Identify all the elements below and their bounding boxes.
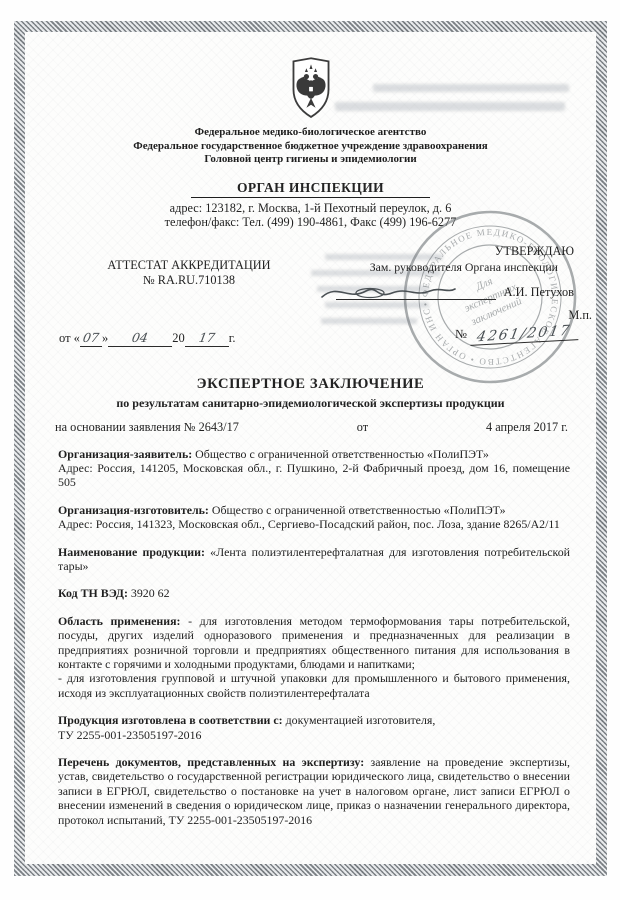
date-prefix: от « — [59, 331, 80, 345]
basis-line: на основании заявления № 2643/17 от 4 ап… — [25, 420, 596, 435]
paragraph-documents-list: Перечень документов, представленных на э… — [58, 755, 570, 827]
agency-line-2: Федеральное государственное бюджетное уч… — [25, 140, 596, 154]
handwritten-year: 17 — [197, 330, 216, 345]
signature-row: А.И. Петухов — [336, 285, 574, 300]
approver-title: Зам. руководителя Органа инспекции — [336, 260, 574, 275]
agency-line-3: Головной центр гигиены и эпидемиологии — [25, 153, 596, 167]
phone-line: телефон/факс: Тел. (499) 190-4861, Факс … — [25, 215, 596, 230]
document-number: № 4261/2017 — [455, 326, 578, 343]
scanned-document: Федеральное медико-биологическое агентст… — [0, 0, 620, 900]
approval-section: • ФЕДЕРАЛЬНОЕ МЕДИКО-БИОЛОГИЧЕСКОЕ АГЕНТ… — [25, 242, 596, 370]
paragraph-manufacturer: Организация-изготовитель: Общество с огр… — [58, 503, 570, 532]
inspection-body-title: ОРГАН ИНСПЕКЦИИ — [191, 180, 430, 198]
document-title: ЭКСПЕРТНОЕ ЗАКЛЮЧЕНИЕ — [25, 376, 596, 393]
document-body: Организация-заявитель: Общество с ограни… — [25, 435, 596, 828]
signature-icon — [318, 279, 458, 305]
basis-date: 4 апреля 2017 г. — [486, 420, 568, 435]
paragraph-label: Область применения: — [58, 614, 180, 628]
accreditation-block: АТТЕСТАТ АККРЕДИТАЦИИ № RA.RU.710138 — [83, 258, 295, 288]
paragraph-text: 3920 62 — [128, 586, 170, 600]
basis-application: на основании заявления № 2643/17 — [55, 420, 239, 435]
paper: Федеральное медико-биологическое агентст… — [25, 32, 596, 864]
signature-line — [336, 286, 496, 300]
document-content: Федеральное медико-биологическое агентст… — [25, 56, 596, 888]
paragraph-tnved-code: Код ТН ВЭД: 3920 62 — [58, 586, 570, 600]
approval-block: УТВЕРЖДАЮ Зам. руководителя Органа инспе… — [336, 244, 574, 300]
agency-line-1: Федеральное медико-биологическое агентст… — [25, 126, 596, 140]
paragraph-applicant: Организация-заявитель: Общество с ограни… — [58, 447, 570, 490]
paragraph-label: Организация-заявитель: — [58, 447, 192, 461]
title-block: ЭКСПЕРТНОЕ ЗАКЛЮЧЕНИЕ по результатам сан… — [25, 376, 596, 435]
paragraph-label: Перечень документов, представленных на э… — [58, 755, 364, 769]
paragraph-compliance: Продукция изготовлена в соответствии с: … — [58, 713, 570, 742]
paragraph-label: Код ТН ВЭД: — [58, 586, 128, 600]
handwritten-number: 4261/2017 — [475, 322, 572, 345]
accreditation-number: № RA.RU.710138 — [83, 273, 295, 288]
coat-of-arms-icon — [288, 56, 334, 120]
paragraph-label: Наименование продукции: — [58, 545, 205, 559]
handwritten-day: 07 — [82, 330, 101, 345]
seal-placeholder: М.п. — [568, 308, 592, 323]
approve-label: УТВЕРЖДАЮ — [336, 244, 574, 259]
paragraph-label: Продукция изготовлена в соответствии с: — [58, 713, 283, 727]
date-line: от «07»042017г. — [59, 330, 236, 347]
accreditation-title: АТТЕСТАТ АККРЕДИТАЦИИ — [83, 258, 295, 273]
date-century: 20 — [172, 331, 185, 345]
letterhead: Федеральное медико-биологическое агентст… — [25, 56, 596, 230]
approver-name: А.И. Петухов — [496, 285, 574, 300]
date-suffix: г. — [229, 331, 236, 345]
paragraph-label: Организация-изготовитель: — [58, 503, 209, 517]
handwritten-month: 04 — [131, 330, 150, 345]
document-subtitle: по результатам санитарно-эпидемиологичес… — [25, 396, 596, 411]
paragraph-application-area: Область применения: - для изготовления м… — [58, 614, 570, 700]
border-frame: Федеральное медико-биологическое агентст… — [14, 21, 607, 876]
number-sign: № — [455, 327, 467, 341]
paragraph-product-name: Наименование продукции: «Лента полиэтиле… — [58, 545, 570, 574]
basis-from: от — [357, 420, 368, 435]
address-line: адрес: 123182, г. Москва, 1-й Пехотный п… — [25, 201, 596, 216]
